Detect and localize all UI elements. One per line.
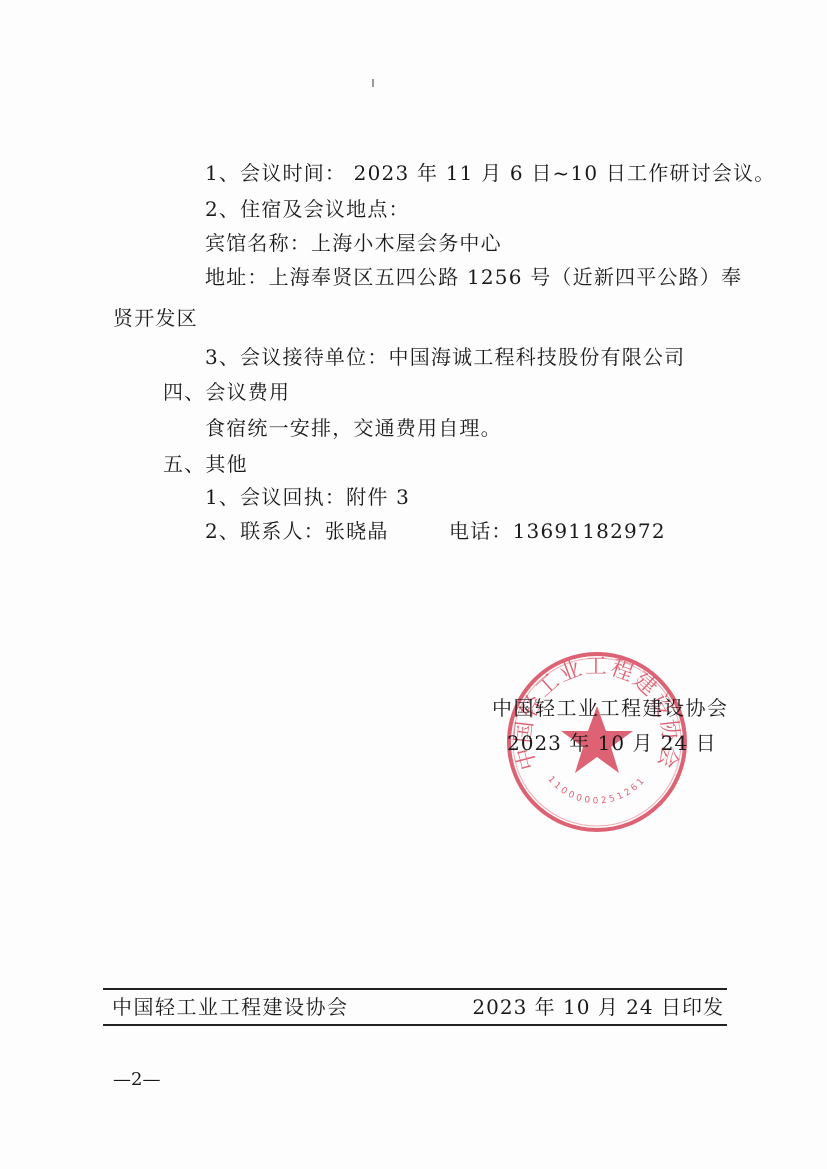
address-line-1: 地址：上海奉贤区五四公路 1256 号（近新四平公路）奉: [205, 265, 742, 289]
footer-bottom-rule: [103, 1024, 727, 1026]
document-page: 1、会议时间： 2023 年 11 月 6 日~10 日工作研讨会议。 2、住宿…: [0, 0, 827, 1169]
svg-text:1100000251261: 1100000251261: [545, 775, 648, 807]
address-line-2: 贤开发区: [113, 306, 198, 330]
contact-person-line: 2、联系人：张晓晶: [205, 519, 389, 543]
footer-issue-date: 2023 年 10 月 24 日印发: [472, 995, 724, 1019]
stamp-serial: 1100000251261: [545, 775, 648, 807]
scan-artifact: [372, 79, 374, 87]
venue-heading-line: 2、住宿及会议地点：: [205, 197, 410, 221]
section-5-heading: 五、其他: [163, 452, 248, 476]
fees-line: 食宿统一安排，交通费用自理。: [205, 416, 502, 440]
section-4-heading: 四、会议费用: [163, 380, 290, 404]
contact-phone: 电话：13691182972: [449, 519, 666, 543]
page-number: —2—: [113, 1068, 160, 1092]
hotel-name-line: 宾馆名称：上海小木屋会务中心: [205, 231, 502, 255]
host-unit-line: 3、会议接待单位：中国海诚工程科技股份有限公司: [205, 345, 685, 369]
signature-date: 2023 年 10 月 24 日: [507, 731, 717, 755]
receipt-line: 1、会议回执：附件 3: [205, 485, 410, 509]
signature-organization: 中国轻工业工程建设协会: [492, 696, 729, 720]
meeting-time-line: 1、会议时间： 2023 年 11 月 6 日~10 日工作研讨会议。: [205, 161, 776, 185]
footer-top-rule: [103, 988, 727, 990]
footer-issuer: 中国轻工业工程建设协会: [112, 995, 349, 1019]
